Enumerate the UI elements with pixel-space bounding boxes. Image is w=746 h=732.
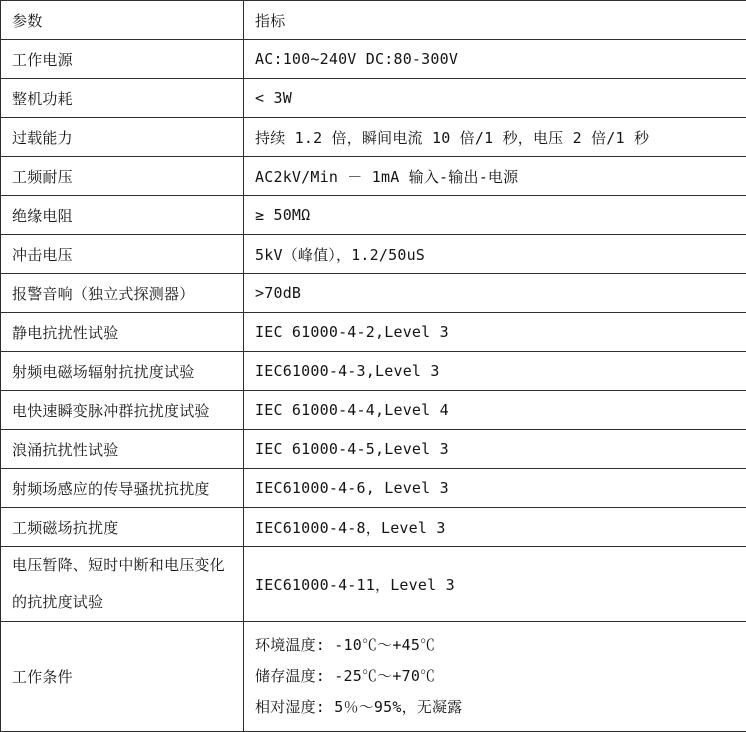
value-cell: 5kV（峰值），1.2/50uS [244,235,746,274]
condition-line-storage-temp: 储存温度: -25℃～+70℃ [255,661,738,692]
table-row: 浪涌抗扰性试验 IEC 61000-4-5,Level 3 [1,430,746,469]
param-cell: 静电抗扰性试验 [1,313,244,352]
value-cell: IEC61000-4-6, Level 3 [244,469,746,508]
table-row: 静电抗扰性试验 IEC 61000-4-2,Level 3 [1,313,746,352]
value-cell: >70dB [244,274,746,313]
param-cell: 整机功耗 [1,79,244,118]
value-cell: AC2kV/Min － 1mA 输入-输出-电源 [244,157,746,196]
table-row: 电快速瞬变脉冲群抗扰度试验 IEC 61000-4-4,Level 4 [1,391,746,430]
value-cell: IEC61000-4-3,Level 3 [244,352,746,391]
condition-line-ambient-temp: 环境温度: -10℃～+45℃ [255,630,738,661]
table-row: 射频场感应的传导骚扰抗扰度 IEC61000-4-6, Level 3 [1,469,746,508]
spec-table: 参数 指标 工作电源 AC:100~240V DC:80-300V 整机功耗 <… [0,0,746,732]
param-cell: 工频磁场抗扰度 [1,508,244,547]
param-cell: 电快速瞬变脉冲群抗扰度试验 [1,391,244,430]
value-cell: IEC 61000-4-2,Level 3 [244,313,746,352]
value-cell: IEC61000-4-11，Level 3 [244,547,746,622]
table-header-row: 参数 指标 [1,1,746,40]
value-cell: IEC 61000-4-4,Level 4 [244,391,746,430]
table-row: 过载能力 持续 1.2 倍，瞬间电流 10 倍/1 秒，电压 2 倍/1 秒 [1,118,746,157]
value-cell: IEC61000-4-8，Level 3 [244,508,746,547]
table-row: 工频耐压 AC2kV/Min － 1mA 输入-输出-电源 [1,157,746,196]
table-row: 电压暂降、短时中断和电压变化的抗扰度试验 IEC61000-4-11，Level… [1,547,746,622]
value-cell: IEC 61000-4-5,Level 3 [244,430,746,469]
param-cell: 射频电磁场辐射抗扰度试验 [1,352,244,391]
table-row: 冲击电压 5kV（峰值），1.2/50uS [1,235,746,274]
condition-line-humidity: 相对湿度: 5％～95%，无凝露 [255,692,738,723]
table-row: 报警音响（独立式探测器） >70dB [1,274,746,313]
param-cell: 过载能力 [1,118,244,157]
value-cell: ≥ 50MΩ [244,196,746,235]
param-cell: 绝缘电阻 [1,196,244,235]
table-row: 工频磁场抗扰度 IEC61000-4-8，Level 3 [1,508,746,547]
table-row: 工作电源 AC:100~240V DC:80-300V [1,40,746,79]
value-cell: 持续 1.2 倍，瞬间电流 10 倍/1 秒，电压 2 倍/1 秒 [244,118,746,157]
table-row: 整机功耗 < 3W [1,79,746,118]
value-cell: AC:100~240V DC:80-300V [244,40,746,79]
param-cell: 报警音响（独立式探测器） [1,274,244,313]
table-row: 射频电磁场辐射抗扰度试验 IEC61000-4-3,Level 3 [1,352,746,391]
value-cell: 环境温度: -10℃～+45℃ 储存温度: -25℃～+70℃ 相对湿度: 5％… [244,622,746,732]
param-cell: 浪涌抗扰性试验 [1,430,244,469]
table-row: 工作条件 环境温度: -10℃～+45℃ 储存温度: -25℃～+70℃ 相对湿… [1,622,746,732]
spec-sheet-page: 参数 指标 工作电源 AC:100~240V DC:80-300V 整机功耗 <… [0,0,746,730]
param-cell: 工作条件 [1,622,244,732]
param-cell: 射频场感应的传导骚扰抗扰度 [1,469,244,508]
table-row: 绝缘电阻 ≥ 50MΩ [1,196,746,235]
value-cell: < 3W [244,79,746,118]
header-param-cell: 参数 [1,1,244,40]
param-cell: 工作电源 [1,40,244,79]
param-cell: 工频耐压 [1,157,244,196]
param-cell: 冲击电压 [1,235,244,274]
header-value-cell: 指标 [244,1,746,40]
param-cell: 电压暂降、短时中断和电压变化的抗扰度试验 [1,547,244,622]
